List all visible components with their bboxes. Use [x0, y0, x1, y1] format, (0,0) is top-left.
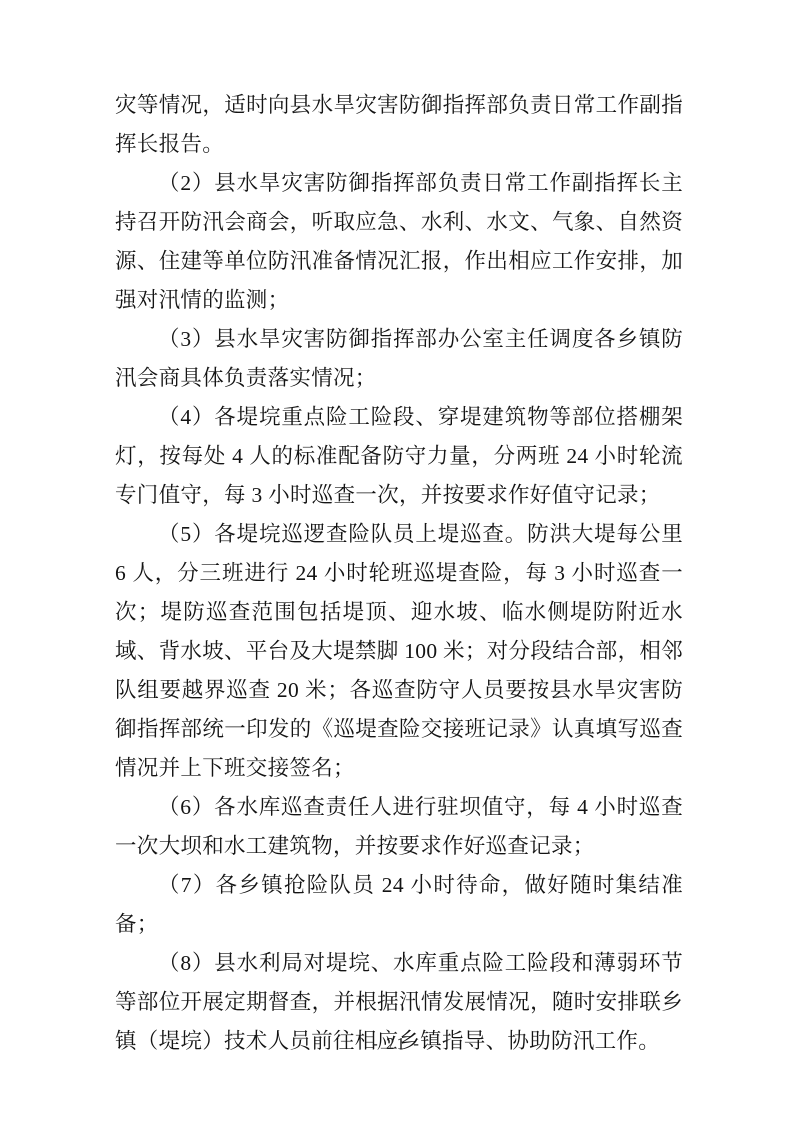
paragraph-item-3: （3）县水旱灾害防御指挥部办公室主任调度各乡镇防汛会商具体负责落实情况； [115, 320, 683, 398]
paragraph-item-2: （2）县水旱灾害防御指挥部负责日常工作副指挥长主持召开防汛会商会，听取应急、水利… [115, 164, 683, 320]
page-footer: - 21 - [0, 1032, 793, 1056]
document-page: 灾等情况，适时向县水旱灾害防御指挥部负责日常工作副指挥长报告。 （2）县水旱灾害… [0, 0, 793, 1122]
paragraph-continuation: 灾等情况，适时向县水旱灾害防御指挥部负责日常工作副指挥长报告。 [115, 86, 683, 164]
paragraph-item-6: （6）各水库巡查责任人进行驻坝值守，每 4 小时巡查一次大坝和水工建筑物，并按要… [115, 788, 683, 866]
page-number: - 21 - [372, 1034, 421, 1053]
document-body: 灾等情况，适时向县水旱灾害防御指挥部负责日常工作副指挥长报告。 （2）县水旱灾害… [115, 86, 683, 1061]
paragraph-item-4: （4）各堤垸重点险工险段、穿堤建筑物等部位搭棚架灯，按每处 4 人的标准配备防守… [115, 398, 683, 515]
paragraph-item-5: （5）各堤垸巡逻查险队员上堤巡查。防洪大堤每公里 6 人，分三班进行 24 小时… [115, 515, 683, 788]
paragraph-item-7: （7）各乡镇抢险队员 24 小时待命，做好随时集结准备； [115, 866, 683, 944]
